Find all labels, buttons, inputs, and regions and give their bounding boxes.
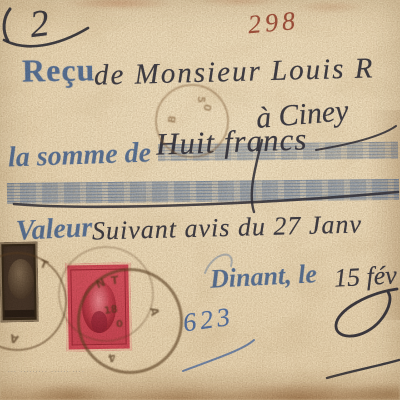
postmark-date-line: 18 (103, 304, 118, 317)
bottom-edge-grunge (0, 368, 400, 400)
postmark-letter: 5 (195, 95, 207, 103)
handwritten-payer-name: de Monsieur Louis R (94, 52, 375, 92)
postmark-letter: 0 (200, 103, 212, 112)
postmark-letter: T (110, 274, 119, 288)
printed-place-date-label: Dinant, le (209, 259, 317, 295)
postmark-letter: N (94, 276, 107, 292)
check-number-swoosh (183, 340, 254, 371)
postmark-date-line: 0 (116, 319, 123, 330)
handwritten-ref-number: 298 (247, 6, 300, 40)
printed-recu-label: Reçu (22, 51, 96, 89)
handwritten-date: 15 fév (333, 260, 397, 293)
main-postmark-circle: N T A 4 18 0 (77, 268, 183, 374)
receipt-document: Reçu la somme de Valeur Dinant, le 2 298… (0, 0, 400, 400)
handwritten-check-number: 623 (181, 302, 236, 339)
postmark-letter: 4 (107, 350, 118, 364)
edge-cut-stroke (4, 9, 10, 41)
blank-fill-band (7, 179, 399, 204)
top-stain (40, 0, 370, 22)
handwritten-valeur-note: Suivant avis du 27 Janv (92, 209, 363, 246)
postmark-letter: T (38, 257, 50, 272)
printed-somme-label: la somme de (7, 138, 151, 175)
postmark-letter: A (147, 306, 161, 317)
postmark-letter: A (8, 331, 20, 346)
postmark-letter: B (167, 115, 179, 125)
left-postmark-circle: T A (0, 252, 67, 351)
top-postmark-circle: 5 0 B (155, 84, 229, 158)
